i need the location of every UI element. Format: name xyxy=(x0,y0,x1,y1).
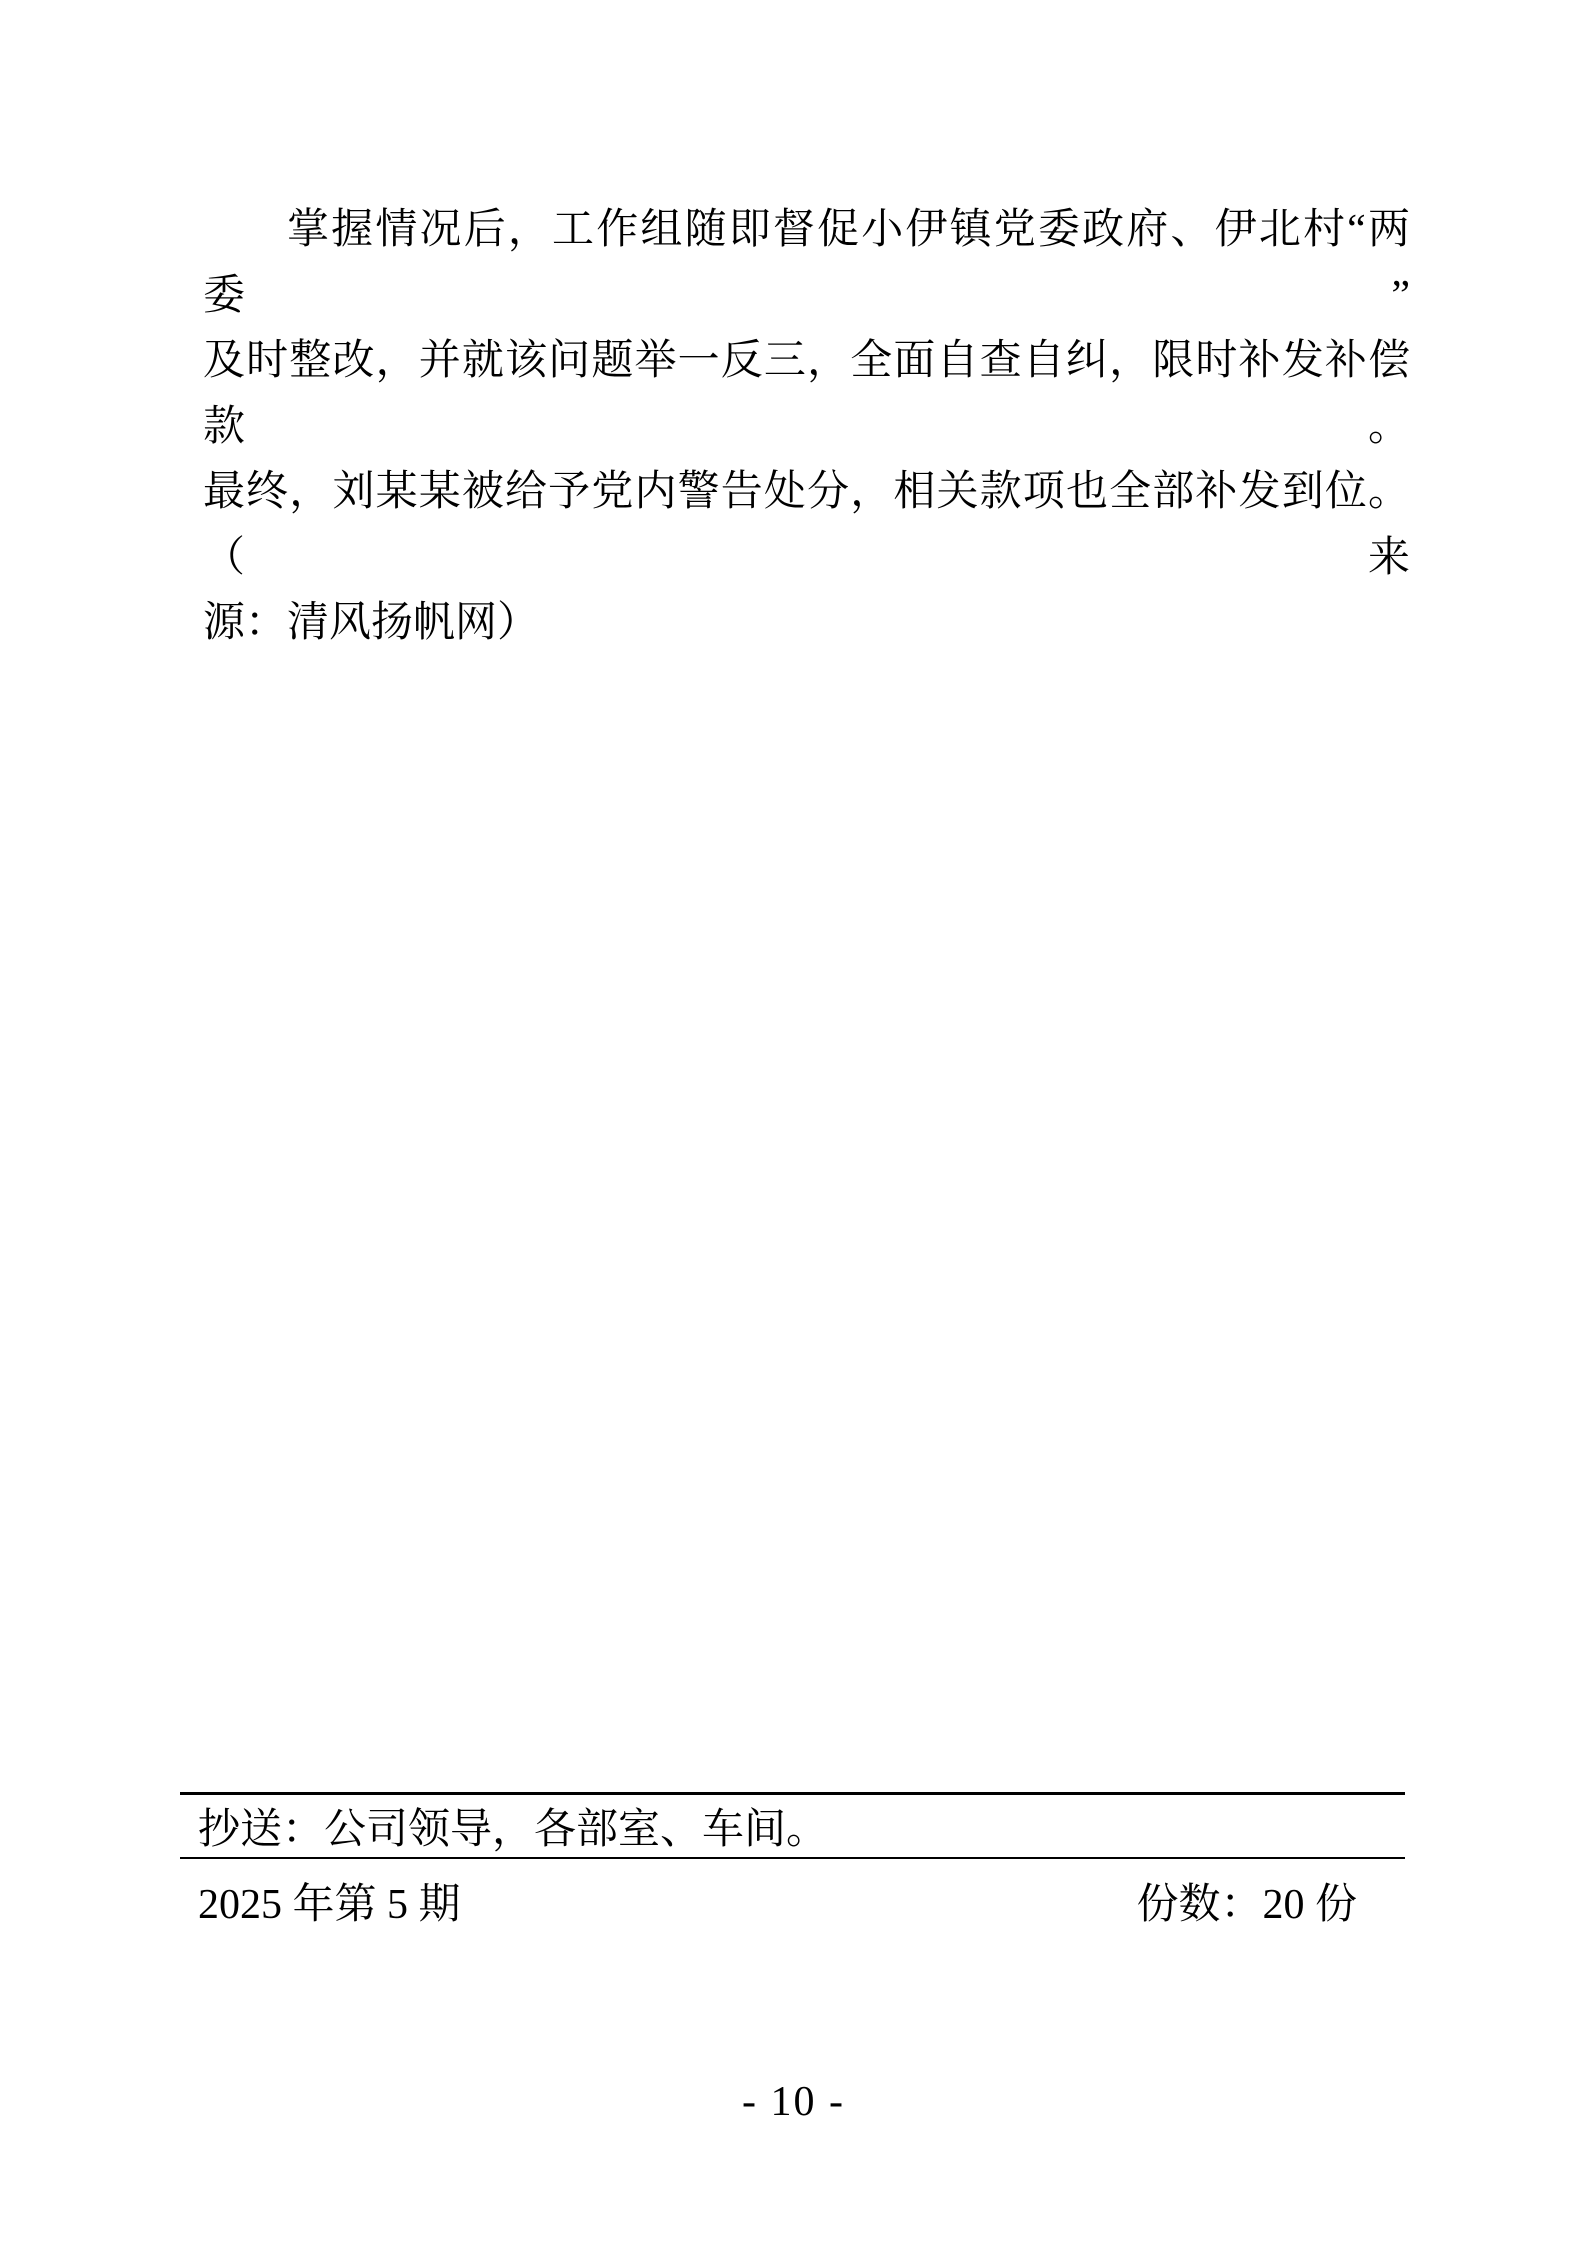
footer-block: 抄送：公司领导，各部室、车间。 2025 年第 5 期 份数：20 份 xyxy=(180,1792,1405,1931)
body-paragraph: 掌握情况后，工作组随即督促小伊镇党委政府、伊北村“两委” 及时整改，并就该问题举… xyxy=(203,198,1410,657)
issue-line: 2025 年第 5 期 份数：20 份 xyxy=(180,1859,1405,1931)
issue-number: 2025 年第 5 期 xyxy=(198,1871,461,1931)
copies-count: 份数：20 份 xyxy=(1136,1871,1357,1931)
cc-line: 抄送：公司领导，各部室、车间。 xyxy=(180,1795,1405,1857)
paragraph-line: 源：清风扬帆网） xyxy=(203,591,1410,657)
cc-label: 抄送：公司领导，各部室、车间。 xyxy=(198,1796,828,1856)
paragraph-line: 掌握情况后，工作组随即督促小伊镇党委政府、伊北村“两委” xyxy=(203,198,1410,329)
document-page: 掌握情况后，工作组随即督促小伊镇党委政府、伊北村“两委” 及时整改，并就该问题举… xyxy=(0,0,1587,2245)
paragraph-line: 最终，刘某某被给予党内警告处分，相关款项也全部补发到位。（来 xyxy=(203,460,1410,591)
paragraph-line: 及时整改，并就该问题举一反三，全面自查自纠，限时补发补偿款。 xyxy=(203,329,1410,460)
page-number: - 10 - xyxy=(0,2078,1587,2126)
